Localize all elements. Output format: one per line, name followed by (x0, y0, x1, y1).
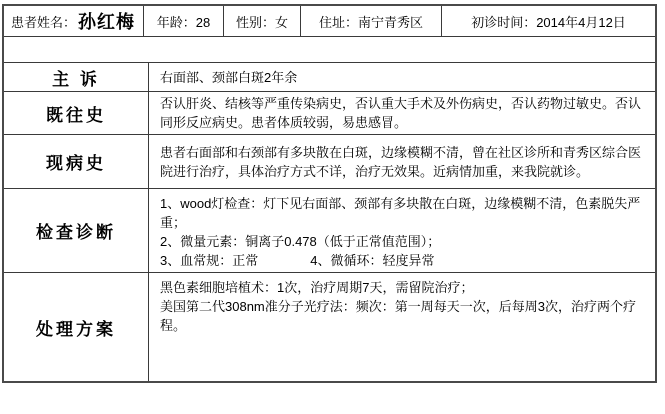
record-row-exam-diagnosis: 检查诊断 1、wood灯检查：灯下见右面部、颈部有多块散在白斑，边缘模糊不清，色… (4, 188, 655, 272)
present-illness-label: 现病史 (4, 135, 149, 188)
content-line: 否认肝炎、结核等严重传染病史，否认重大手术及外伤病史，否认药物过敏史。否认同形反… (160, 94, 645, 132)
past-history-label: 既往史 (4, 92, 149, 134)
treatment-plan-label: 处理方案 (4, 273, 149, 381)
past-history-content: 否认肝炎、结核等严重传染病史，否认重大手术及外伤病史，否认药物过敏史。否认同形反… (149, 92, 655, 134)
exam-diagnosis-label: 检查诊断 (4, 189, 149, 272)
content-line: 黑色素细胞培植术：1次，治疗周期7天，需留院治疗； (160, 278, 645, 297)
patient-header-row: 患者姓名： 孙红梅 年龄：28 性别：女 住址：南宁青秀区 初诊时间：2014年… (4, 6, 655, 37)
exam-diagnosis-content: 1、wood灯检查：灯下见右面部、颈部有多块散在白斑，边缘模糊不清，色素脱失严重… (149, 189, 655, 272)
chief-complaint-content: 右面部、颈部白斑2年余 (149, 63, 655, 91)
content-line: 2、微量元素：铜离子0.478（低于正常值范围）； (160, 232, 645, 251)
present-illness-content: 患者右面部和右颈部有多块散在白斑，边缘模糊不清，曾在社区诊所和青秀区综合医院进行… (149, 135, 655, 188)
patient-age-cell: 年龄：28 (144, 6, 224, 36)
treatment-plan-content: 黑色素细胞培植术：1次，治疗周期7天，需留院治疗； 美国第二代308nm准分子光… (149, 273, 655, 381)
content-line: 3、血常规：正常 4、微循环：轻度异常 (160, 251, 645, 270)
patient-address-value: 住址：南宁青秀区 (319, 12, 423, 31)
patient-gender-cell: 性别：女 (224, 6, 301, 36)
medical-record-page: 患者姓名： 孙红梅 年龄：28 性别：女 住址：南宁青秀区 初诊时间：2014年… (0, 0, 665, 414)
patient-name-cell: 患者姓名： 孙红梅 (4, 6, 144, 36)
record-row-chief-complaint: 主 诉 右面部、颈部白斑2年余 (4, 62, 655, 91)
record-table-frame: 患者姓名： 孙红梅 年龄：28 性别：女 住址：南宁青秀区 初诊时间：2014年… (2, 4, 657, 383)
content-line: 美国第二代308nm准分子光疗法：频次：第一周每天一次，后每周3次，治疗两个疗程… (160, 297, 645, 335)
content-line: 患者右面部和右颈部有多块散在白斑，边缘模糊不清，曾在社区诊所和青秀区综合医院进行… (160, 143, 645, 181)
patient-name-value: 孙红梅 (78, 8, 135, 34)
record-row-treatment-plan: 处理方案 黑色素细胞培植术：1次，治疗周期7天，需留院治疗； 美国第二代308n… (4, 272, 655, 381)
patient-age-value: 年龄：28 (157, 12, 210, 31)
patient-gender-value: 性别：女 (236, 12, 288, 31)
record-row-past-history: 既往史 否认肝炎、结核等严重传染病史，否认重大手术及外伤病史，否认药物过敏史。否… (4, 91, 655, 134)
content-line: 1、wood灯检查：灯下见右面部、颈部有多块散在白斑，边缘模糊不清，色素脱失严重… (160, 194, 645, 232)
first-visit-date-cell: 初诊时间：2014年4月12日 (442, 6, 655, 36)
patient-name-label: 患者姓名： (11, 12, 76, 31)
spacer-row (4, 37, 655, 62)
chief-complaint-label: 主 诉 (4, 63, 149, 91)
content-line: 右面部、颈部白斑2年余 (160, 68, 645, 87)
first-visit-date-value: 初诊时间：2014年4月12日 (471, 12, 626, 31)
record-row-present-illness: 现病史 患者右面部和右颈部有多块散在白斑，边缘模糊不清，曾在社区诊所和青秀区综合… (4, 134, 655, 188)
patient-address-cell: 住址：南宁青秀区 (301, 6, 442, 36)
